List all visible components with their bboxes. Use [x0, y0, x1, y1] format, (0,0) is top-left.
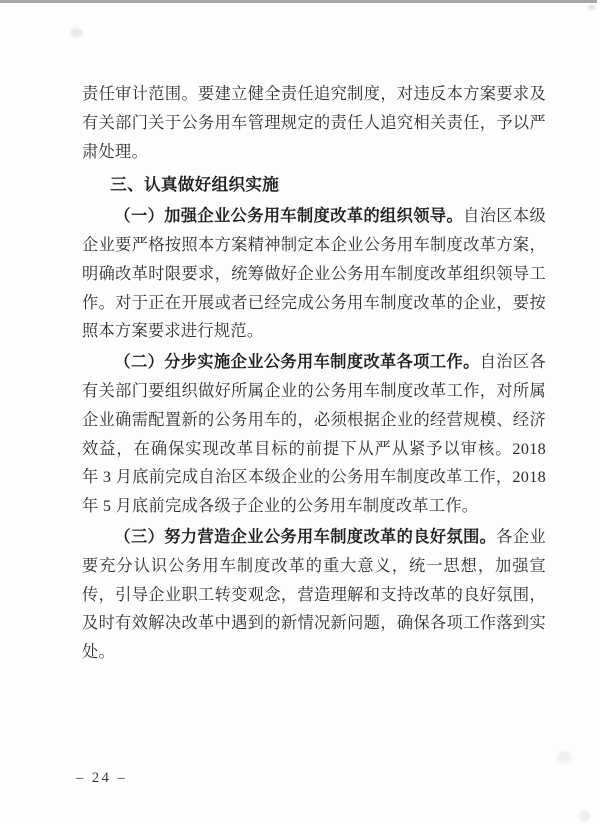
section-heading: 三、认真做好组织实施 [82, 171, 546, 200]
subsection-paragraph-1: （一）加强企业公务用车制度改革的组织领导。自治区本级企业要严格按照本方案精神制定… [82, 202, 546, 346]
continuation-paragraph: 责任审计范围。要建立健全责任追究制度，对违反本方案要求及有关部门关于公务用车管理… [82, 80, 546, 166]
page-number: – 24 – [76, 770, 127, 787]
subsection-3-text: 各企业要充分认识公务用车制度改革的重大意义，统一思想，加强宣传，引导企业职工转变… [82, 528, 546, 661]
scan-artifact [557, 751, 572, 764]
subsection-1-text: 自治区本级企业要严格按照本方案精神制定本企业公务用车制度改革方案，明确改革时限要… [82, 207, 546, 340]
subsection-2-lead: （二）分步实施企业公务用车制度改革各项工作。 [114, 353, 479, 371]
subsection-1-lead: （一）加强企业公务用车制度改革的组织领导。 [114, 207, 463, 225]
subsection-paragraph-3: （三）努力营造企业公务用车制度改革的良好氛围。各企业要充分认识公务用车制度改革的… [82, 523, 546, 667]
scan-artifact [70, 28, 83, 37]
scan-top-edge [0, 0, 597, 3]
document-body: 责任审计范围。要建立健全责任追究制度，对违反本方案要求及有关部门关于公务用车管理… [82, 80, 546, 667]
subsection-2-text: 自治区各有关部门要组织做好所属企业的公务用车制度改革工作，对所属企业确需配置新的… [82, 353, 546, 515]
subsection-3-lead: （三）努力营造企业公务用车制度改革的良好氛围。 [114, 528, 496, 546]
subsection-paragraph-2: （二）分步实施企业公务用车制度改革各项工作。自治区各有关部门要组织做好所属企业的… [82, 348, 546, 521]
scan-artifact [579, 810, 590, 822]
scanned-document-page: 责任审计范围。要建立健全责任追究制度，对违反本方案要求及有关部门关于公务用车管理… [0, 0, 597, 824]
continuation-paragraph-text: 责任审计范围。要建立健全责任追究制度，对违反本方案要求及有关部门关于公务用车管理… [82, 85, 546, 161]
scan-artifact [588, 5, 596, 10]
